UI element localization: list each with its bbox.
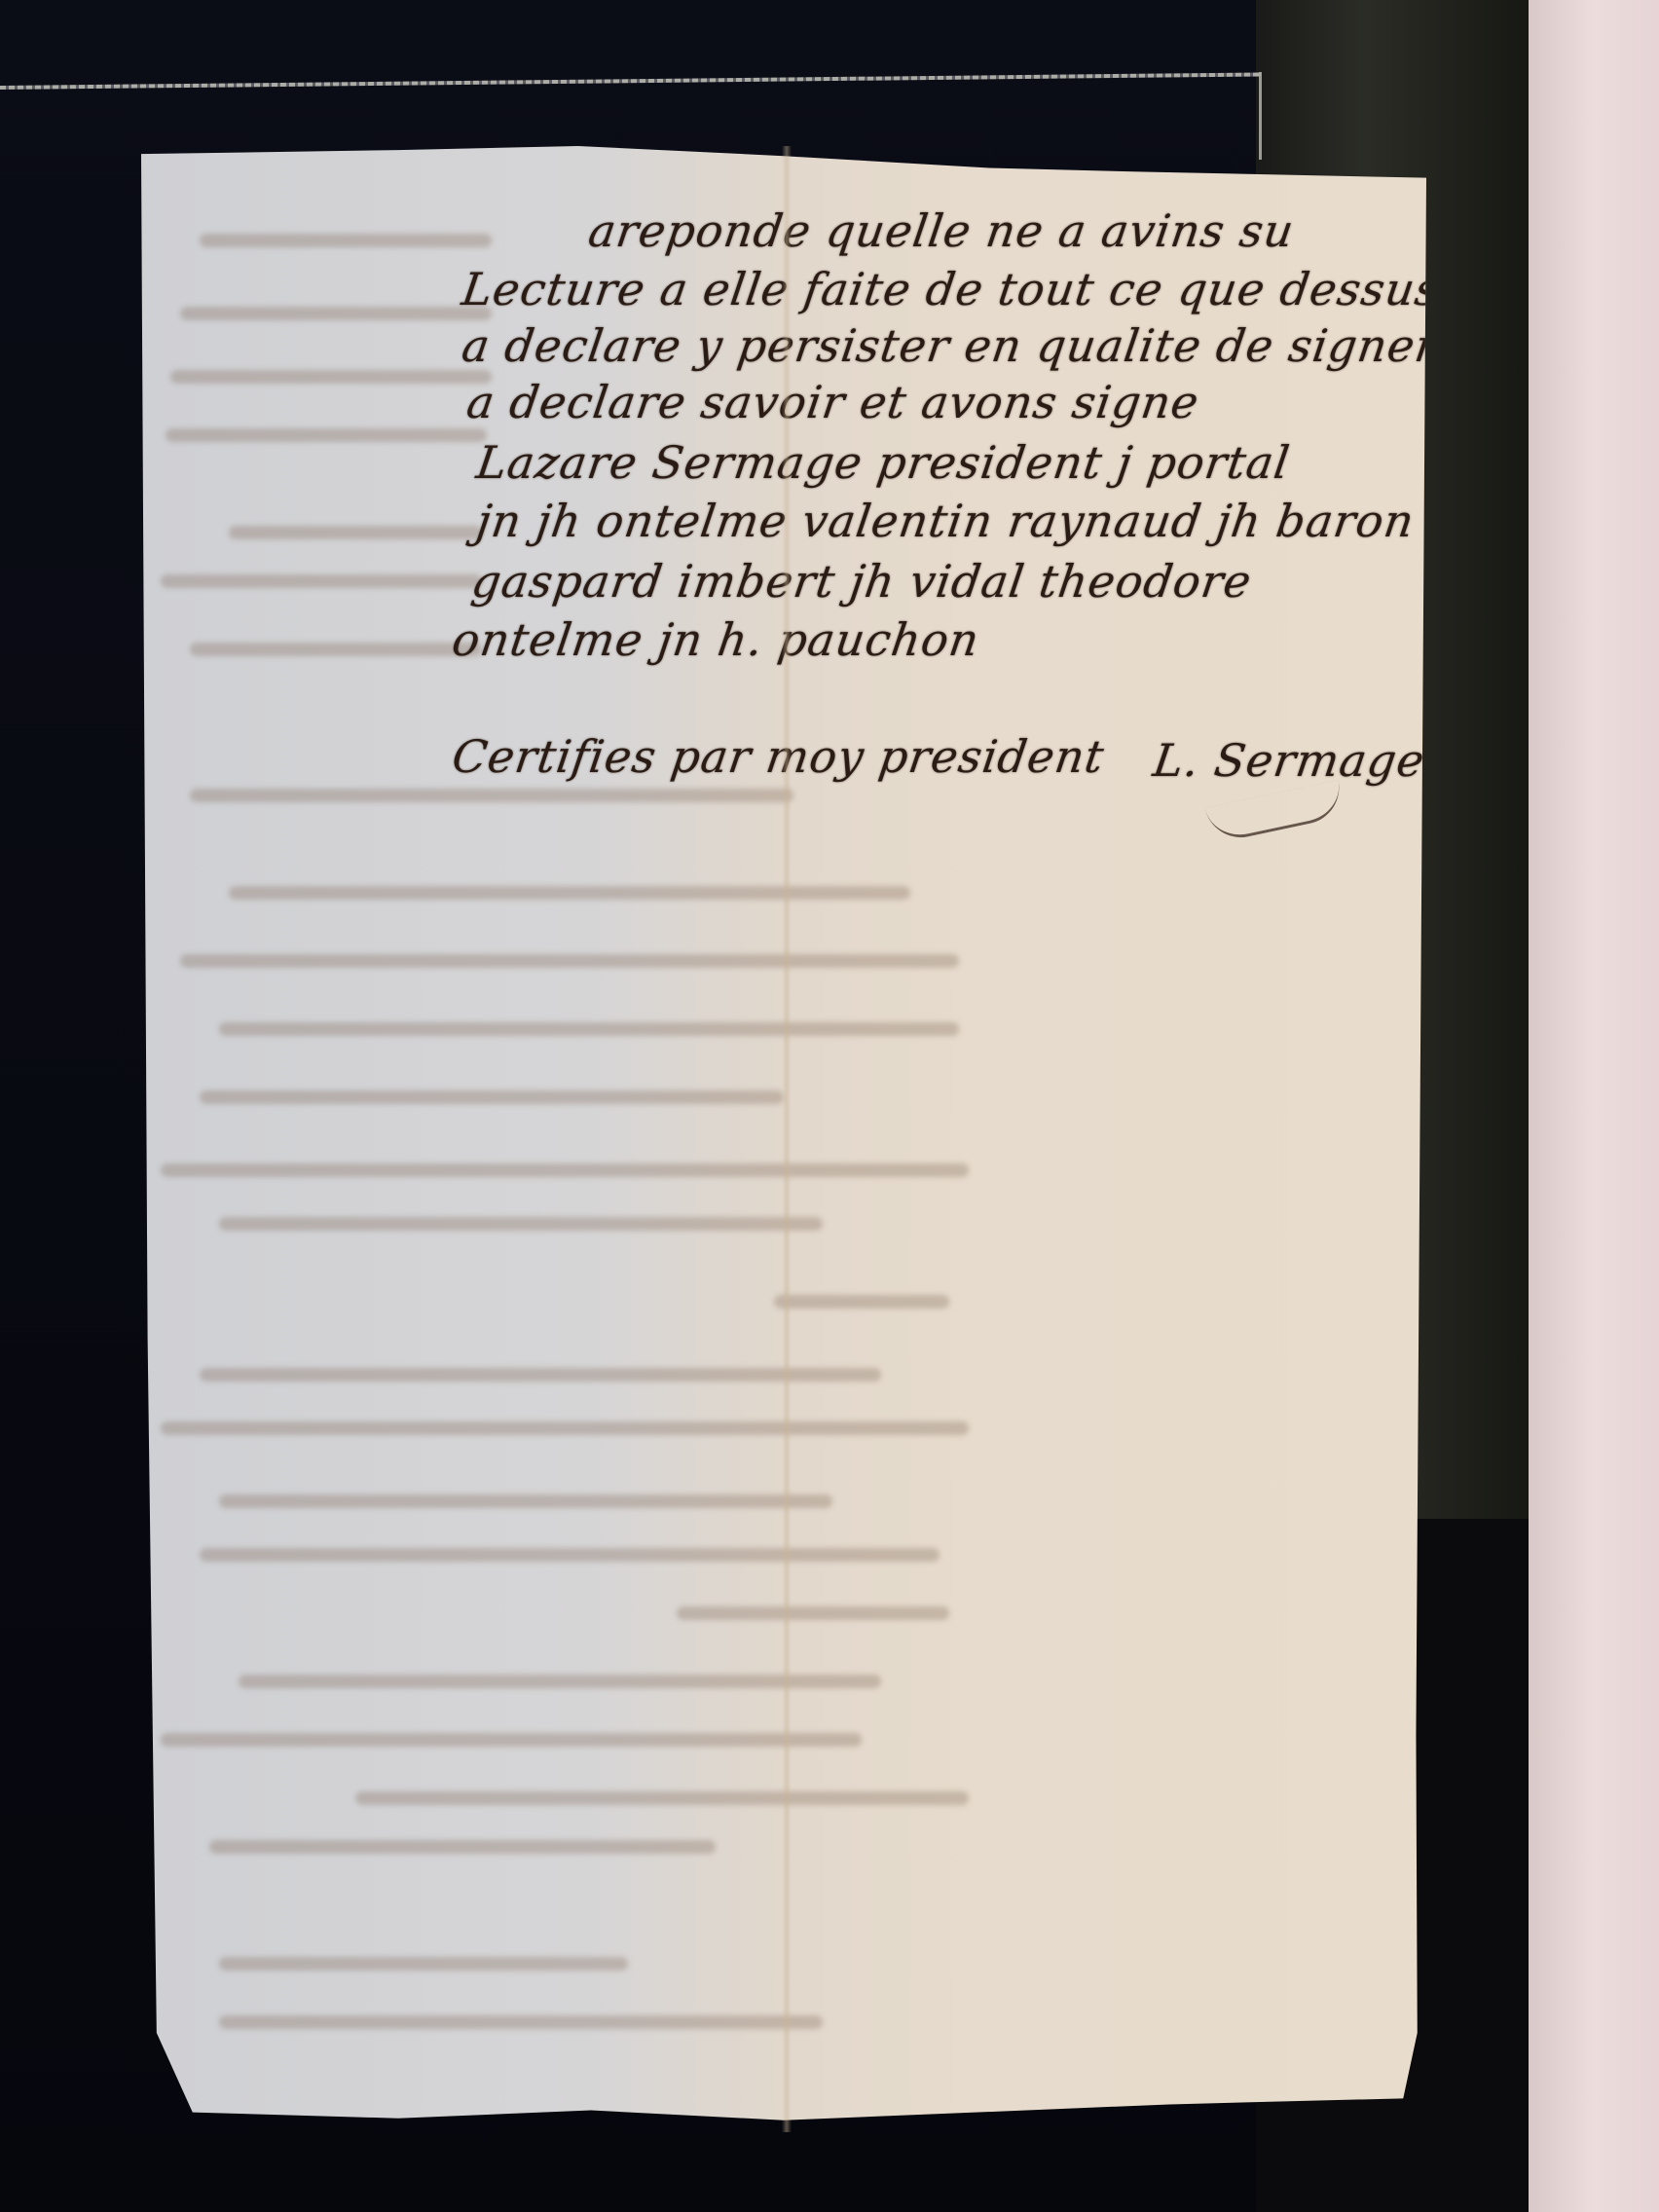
- bleed-through: [219, 1217, 823, 1231]
- manuscript-line-8: ontelme jn h. pauchon: [449, 613, 982, 666]
- bleed-through: [200, 234, 492, 247]
- bleed-through: [200, 1548, 940, 1562]
- manuscript-line-6: jn jh ontelme valentin raynaud jh baron: [473, 495, 1418, 547]
- bleed-through: [219, 2015, 823, 2029]
- bleed-through: [200, 1368, 881, 1382]
- bleed-through: [161, 1733, 862, 1747]
- bleed-through: [219, 1494, 832, 1508]
- certification-line: Certifies par moy president: [449, 730, 1108, 783]
- bleed-through: [166, 428, 487, 442]
- bleed-through: [180, 307, 492, 320]
- bleed-through: [180, 954, 959, 968]
- bleed-through: [209, 1840, 716, 1854]
- bleed-through: [161, 574, 482, 588]
- bleed-through: [677, 1606, 949, 1620]
- bleed-through: [229, 886, 910, 900]
- manuscript-line-4: a declare savoir et avons signe: [463, 376, 1202, 428]
- fold-crease: [782, 146, 792, 2132]
- bleed-through: [229, 526, 482, 539]
- bleed-through: [200, 1090, 784, 1104]
- bleed-through: [219, 1957, 628, 1971]
- bleed-through: [774, 1295, 949, 1309]
- bleed-through: [190, 643, 482, 656]
- bleed-through: [161, 1163, 969, 1177]
- manuscript-line-3: a declare y persister en qualite de sign…: [459, 319, 1441, 372]
- bleed-through: [170, 370, 492, 384]
- bleed-through: [219, 1022, 959, 1036]
- bleed-through: [190, 789, 793, 802]
- manuscript-line-5: Lazare Sermage president j portal: [473, 436, 1293, 489]
- manuscript-line-2: Lecture a elle faite de tout ce que dess…: [459, 263, 1443, 315]
- wall-strip: [1529, 0, 1659, 2212]
- manuscript-line-1: areponde quelle ne a avins su: [585, 204, 1298, 257]
- bleed-through: [161, 1421, 969, 1435]
- bleed-through: [355, 1791, 969, 1805]
- frame-edge-vertical: [1259, 72, 1262, 160]
- signature: L. Sermage: [1150, 734, 1428, 787]
- manuscript-line-7: gaspard imbert jh vidal theodore: [468, 555, 1255, 608]
